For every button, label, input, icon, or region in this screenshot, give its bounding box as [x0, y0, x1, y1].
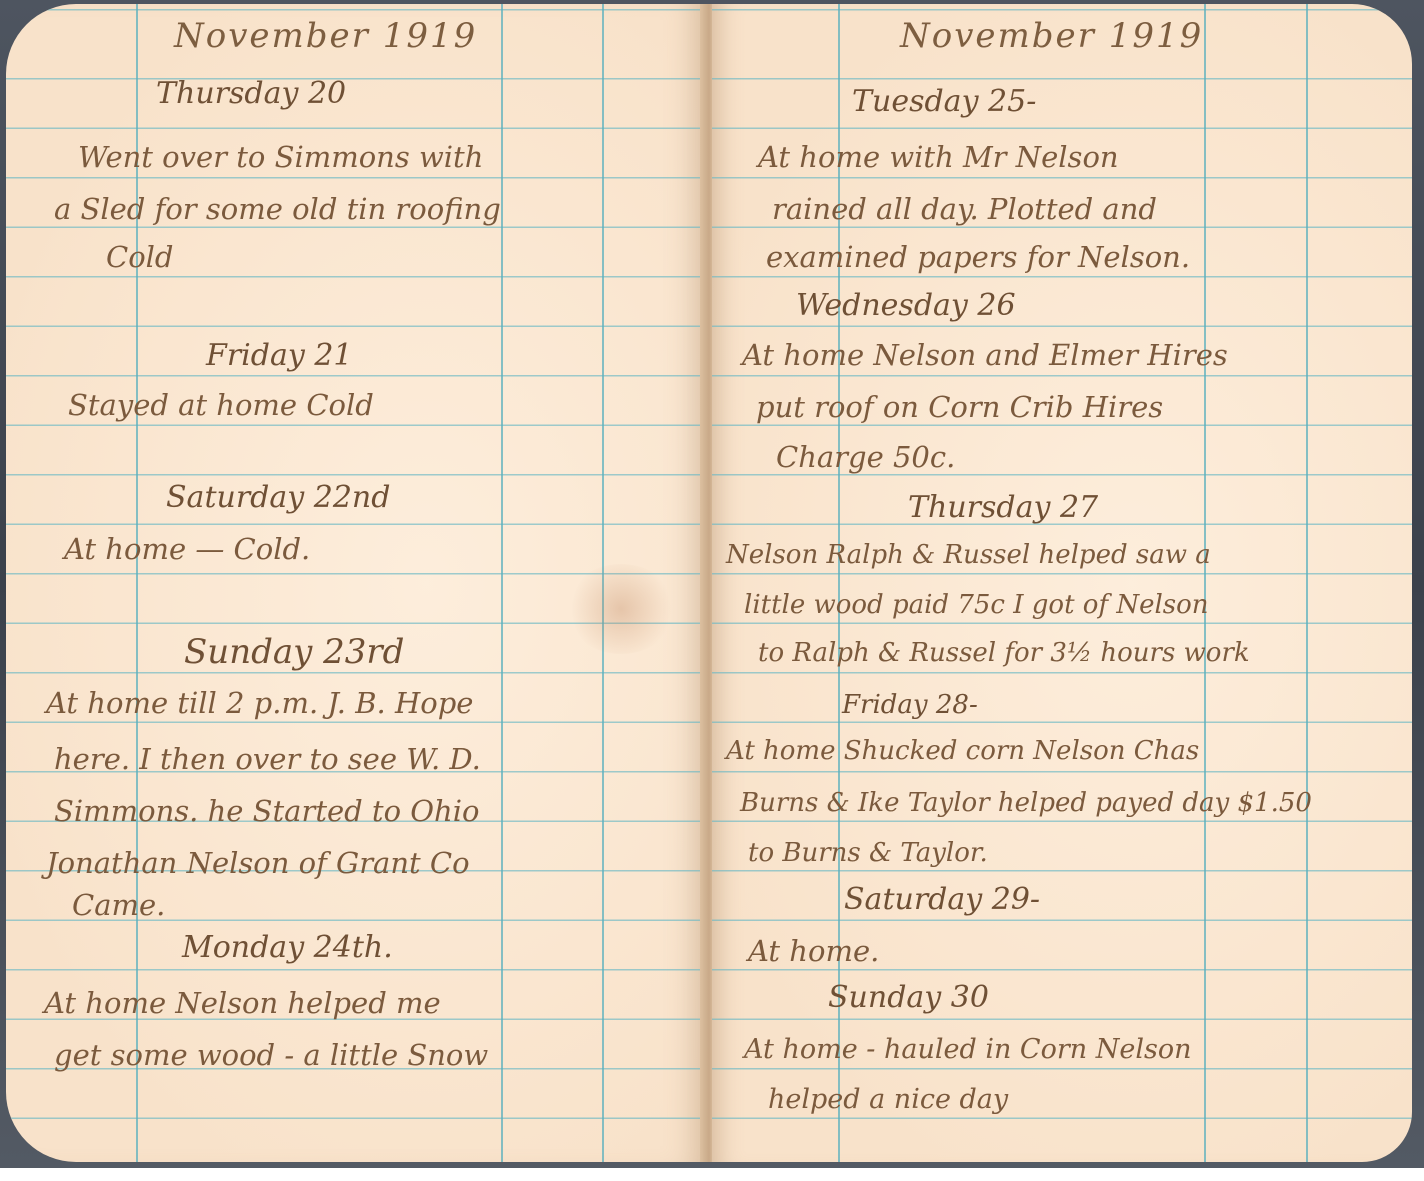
entry-line: examined papers for Nelson.	[766, 240, 1190, 274]
entry-line: Charge 50c.	[776, 440, 955, 474]
entry-day: Sunday 30	[828, 980, 989, 1015]
entry-line: Stayed at home Cold	[68, 388, 374, 422]
month-header: November 1919	[900, 16, 1203, 56]
left-page: November 1919 Thursday 20 Went over to S…	[6, 4, 706, 1162]
entry-line: get some wood - a little Snow	[54, 1038, 488, 1072]
entry-line: Jonathan Nelson of Grant Co	[46, 846, 470, 880]
entry-line: Cold	[106, 240, 174, 274]
entry-day: Friday 21	[206, 338, 353, 373]
entry-line: At home.	[748, 934, 879, 968]
right-page-content: November 1919 Tuesday 25- At home with M…	[712, 4, 1412, 1162]
left-page-content: November 1919 Thursday 20 Went over to S…	[6, 4, 706, 1162]
entry-line: helped a nice day	[768, 1084, 1008, 1115]
entry-day: Saturday 22nd	[166, 480, 390, 515]
entry-line: Went over to Simmons with	[78, 140, 483, 174]
right-page: November 1919 Tuesday 25- At home with M…	[712, 4, 1412, 1162]
entry-line: At home Nelson helped me	[44, 986, 441, 1020]
entry-line: At home - hauled in Corn Nelson	[744, 1034, 1191, 1065]
entry-line: Came.	[72, 888, 165, 922]
entry-line: At home — Cold.	[64, 532, 310, 566]
entry-line: rained all day. Plotted and	[772, 192, 1157, 226]
entry-line: At home till 2 p.m. J. B. Hope	[46, 686, 473, 720]
entry-line: At home Nelson and Elmer Hires	[742, 338, 1228, 372]
entry-line: At home Shucked corn Nelson Chas	[726, 736, 1199, 766]
entry-day: Friday 28-	[842, 690, 978, 720]
entry-day: Sunday 23rd	[184, 632, 404, 672]
entry-line: here. I then over to see W. D.	[54, 742, 481, 776]
entry-line: put roof on Corn Crib Hires	[756, 390, 1163, 424]
entry-day: Wednesday 26	[796, 288, 1016, 323]
entry-line: to Ralph & Russel for 3½ hours work	[758, 638, 1250, 668]
entry-line: to Burns & Taylor.	[748, 838, 988, 868]
entry-line: Simmons. he Started to Ohio	[54, 794, 479, 828]
entry-line: a Sled for some old tin roofing	[54, 192, 501, 226]
entry-day: Thursday 27	[908, 490, 1098, 525]
entry-day: Saturday 29-	[844, 882, 1040, 917]
entry-line: Nelson Ralph & Russel helped saw a	[726, 540, 1211, 570]
entry-day: Thursday 20	[156, 76, 346, 111]
entry-day: Monday 24th.	[182, 930, 393, 965]
month-header: November 1919	[174, 16, 477, 56]
entry-line: Burns & Ike Taylor helped payed day $1.5…	[740, 788, 1312, 818]
entry-line: little wood paid 75c I got of Nelson	[744, 590, 1209, 620]
entry-day: Tuesday 25-	[852, 84, 1036, 119]
entry-line: At home with Mr Nelson	[758, 140, 1119, 174]
